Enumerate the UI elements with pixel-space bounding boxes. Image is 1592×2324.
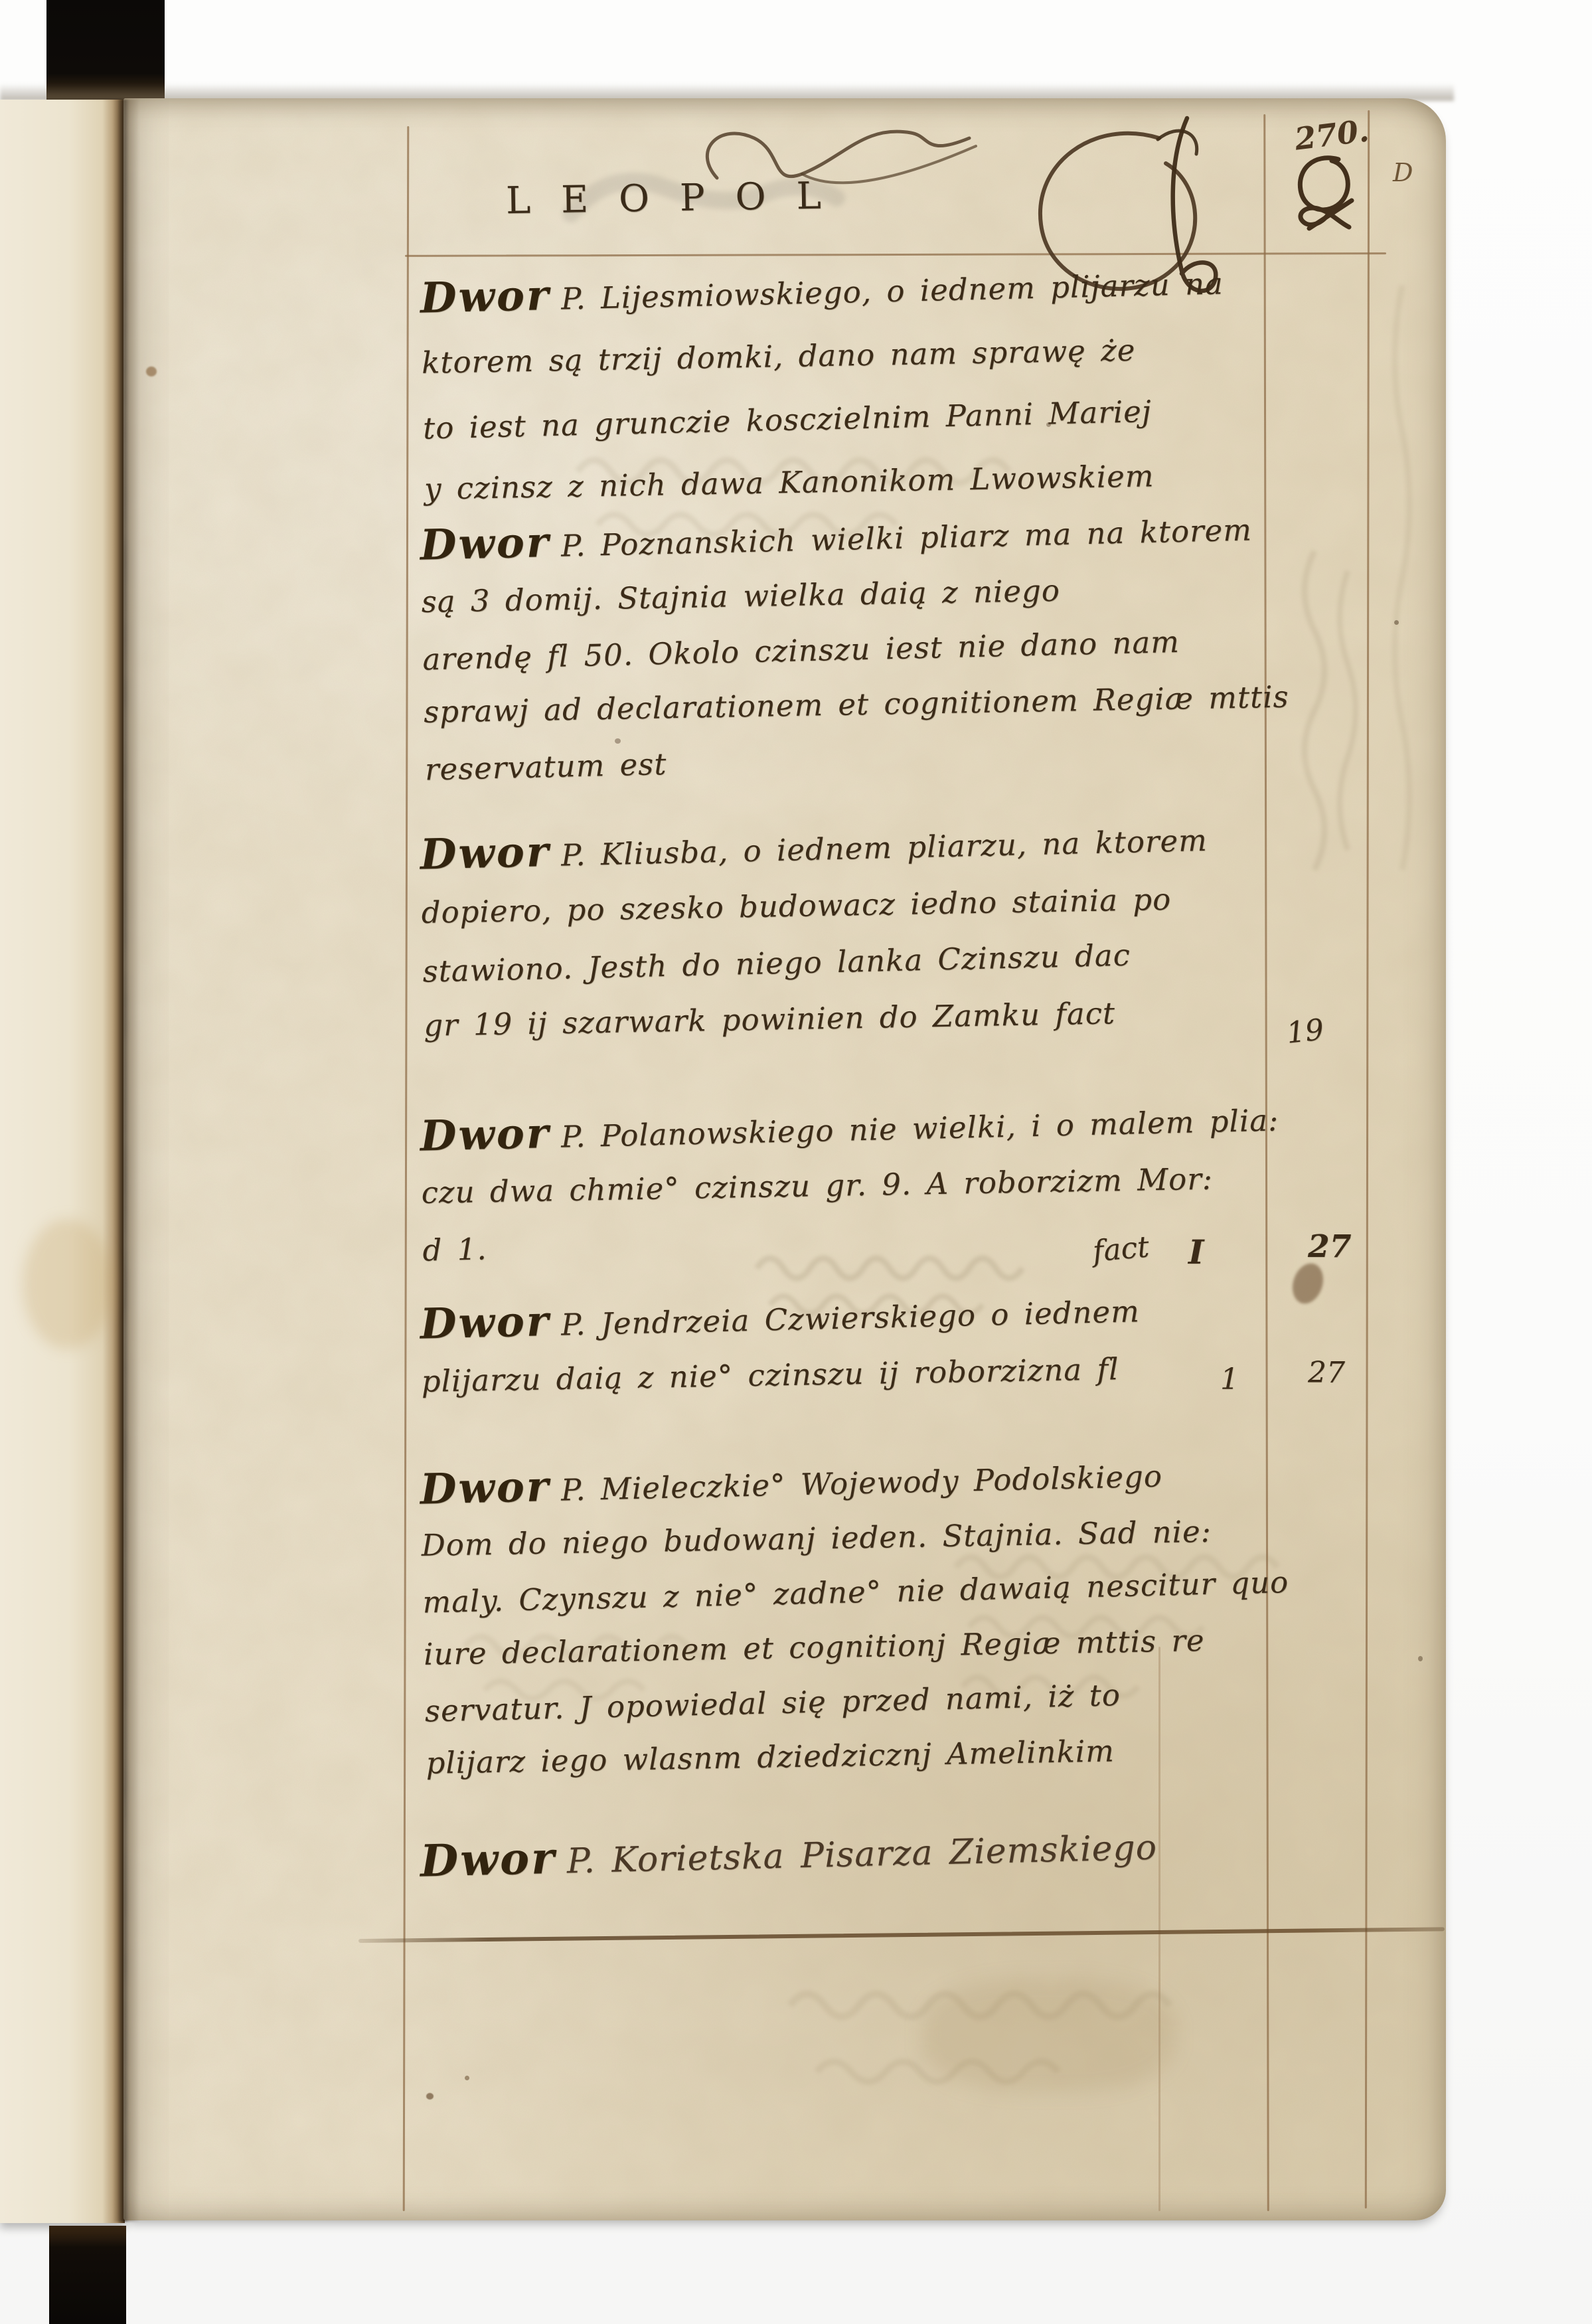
entry-polanowski: DworP. Polanowskiego nie wielki, i o mal… [420, 1089, 1306, 1277]
entry-kliusba: DworP. Kliusba, o iednem pliarzu, na kto… [420, 807, 1307, 1055]
facing-page-edge [0, 100, 125, 2223]
entry-liesmiowski: DworP. Lijesmiowskiego, o iednem plijarz… [420, 247, 1308, 522]
gutter-crease [113, 100, 139, 2222]
clerk-monogram-icon [1291, 153, 1377, 232]
entry-headword: Dwor [420, 270, 551, 323]
entry-poznanski: DworP. Poznanskich wielki pliarz ma na k… [420, 498, 1309, 796]
manuscript-scan: { "document": { "kind": "manuscript-scan… [0, 0, 1592, 2324]
entry-headword: Dwor [420, 1461, 551, 1514]
entry-headword: Dwor [420, 1296, 551, 1349]
inline-note-fact: fact [1091, 1230, 1151, 1268]
entry-headword: Dwor [420, 827, 551, 879]
tally-mark: I [1188, 1232, 1204, 1272]
entry-headword: Dwor [420, 1108, 551, 1161]
margin-amount: 27 [1308, 1356, 1345, 1390]
entry-headword: Dwor [420, 517, 551, 570]
entry-mielecki: DworP. Mieleczkie° Wojewody Podolskiego … [420, 1442, 1309, 1792]
binding-strip-bottom [49, 2226, 126, 2324]
tally-mark: 1 [1220, 1363, 1239, 1396]
entry-headword: Dwor [420, 1832, 557, 1887]
margin-amount: 19 [1285, 1013, 1325, 1050]
quire-mark: D [1393, 158, 1413, 187]
entry-jendrzej: DworP. Jendrzeia Czwierskiego o iednem p… [420, 1276, 1305, 1411]
margin-amount: 27 [1308, 1228, 1351, 1265]
